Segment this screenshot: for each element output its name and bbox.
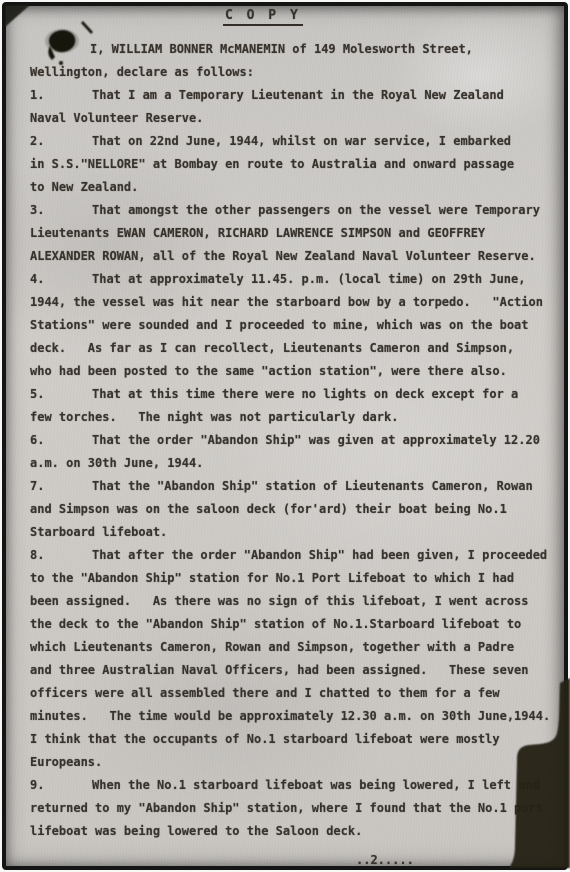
- text-line: minutes. The time would be approximately…: [30, 705, 560, 728]
- document-body: I, WILLIAM BONNER McMANEMIN of 149 Moles…: [30, 38, 560, 843]
- paragraph-3: 3.That amongst the other passengers on t…: [30, 199, 560, 268]
- paragraph-number: 4.: [30, 268, 44, 291]
- text-line: lifeboat was being lowered to the Saloon…: [30, 820, 560, 843]
- paragraph-1: 1.That I am a Temporary Lieutenant in th…: [30, 84, 560, 130]
- paragraph-5: 5.That at this time there were no lights…: [30, 383, 560, 429]
- footer-row: ..2.....: [30, 849, 560, 872]
- paragraph-number: 7.: [30, 475, 44, 498]
- page-number: ..2.....: [356, 853, 414, 867]
- text-line: returned to my "Abandon Ship" station, w…: [30, 797, 560, 820]
- text-line: Wellington, declare as follows:: [30, 61, 560, 84]
- text-line: in S.S."NELLORE" at Bombay en route to A…: [30, 153, 560, 176]
- text-line: Europeans.: [30, 751, 560, 774]
- text-line: and three Australian Naval Officers, had…: [30, 659, 560, 682]
- title-row: C O P Y: [30, 8, 560, 38]
- text-line: 7.That the "Abandon Ship" station of Lie…: [30, 475, 560, 498]
- paragraph-number: 1.: [30, 84, 44, 107]
- text-line: been assigned. As there was no sign of t…: [30, 590, 560, 613]
- text-line: who had been posted to the same "action …: [30, 360, 560, 383]
- text-line: 9.When the No.1 starboard lifeboat was b…: [30, 774, 560, 797]
- paragraph-6: 6.That the order "Abandon Ship" was give…: [30, 429, 560, 475]
- text-line: deck. As far as I can recollect, Lieuten…: [30, 337, 560, 360]
- text-line: I, WILLIAM BONNER McMANEMIN of 149 Moles…: [30, 38, 560, 61]
- paragraph-4: 4.That at approximately 11.45. p.m. (loc…: [30, 268, 560, 383]
- text-line: the deck to the "Abandon Ship" station o…: [30, 613, 560, 636]
- text-line: Stations" were sounded and I proceeded t…: [30, 314, 560, 337]
- paragraph-number: 5.: [30, 383, 44, 406]
- text-line: 3.That amongst the other passengers on t…: [30, 199, 560, 222]
- paragraph-number: 3.: [30, 199, 44, 222]
- text-line: to the "Abandon Ship" station for No.1 P…: [30, 567, 560, 590]
- text-line: 1.That I am a Temporary Lieutenant in th…: [30, 84, 560, 107]
- text-line: few torches. The night was not particula…: [30, 406, 560, 429]
- text-line: and Simpson was on the saloon deck (for'…: [30, 498, 560, 521]
- text-line: 4.That at approximately 11.45. p.m. (loc…: [30, 268, 560, 291]
- text-line: ALEXANDER ROWAN, all of the Royal New Ze…: [30, 245, 560, 268]
- document-content: C O P Y I, WILLIAM BONNER McMANEMIN of 1…: [30, 8, 560, 872]
- text-line: to New Zealand.: [30, 176, 560, 199]
- text-line: 6.That the order "Abandon Ship" was give…: [30, 429, 560, 452]
- text-line: Naval Volunteer Reserve.: [30, 107, 560, 130]
- scan-page: C O P Y I, WILLIAM BONNER McMANEMIN of 1…: [0, 0, 570, 872]
- text-line: 5.That at this time there were no lights…: [30, 383, 560, 406]
- paragraph-8: 8.That after the order "Abandon Ship" ha…: [30, 544, 560, 774]
- text-line: 1944, the vessel was hit near the starbo…: [30, 291, 560, 314]
- text-line: which Lieutenants Cameron, Rowan and Sim…: [30, 636, 560, 659]
- paragraph-number: 9.: [30, 774, 44, 797]
- paragraph-2: 2.That on 22nd June, 1944, whilst on war…: [30, 130, 560, 199]
- paragraph-number: 2.: [30, 130, 44, 153]
- text-line: Lieutenants EWAN CAMERON, RICHARD LAWREN…: [30, 222, 560, 245]
- paragraph-number: 6.: [30, 429, 44, 452]
- text-line: I think that the occupants of No.1 starb…: [30, 728, 560, 751]
- text-line: a.m. on 30th June, 1944.: [30, 452, 560, 475]
- paragraph-9: 9.When the No.1 starboard lifeboat was b…: [30, 774, 560, 843]
- text-line: officers were all assembled there and I …: [30, 682, 560, 705]
- paragraph-number: 8.: [30, 544, 44, 567]
- text-line: 8.That after the order "Abandon Ship" ha…: [30, 544, 560, 567]
- text-line: Starboard lifeboat.: [30, 521, 560, 544]
- paragraph-7: 7.That the "Abandon Ship" station of Lie…: [30, 475, 560, 544]
- document-title: C O P Y: [223, 8, 303, 26]
- text-line: 2.That on 22nd June, 1944, whilst on war…: [30, 130, 560, 153]
- intro-paragraph: I, WILLIAM BONNER McMANEMIN of 149 Moles…: [30, 38, 560, 84]
